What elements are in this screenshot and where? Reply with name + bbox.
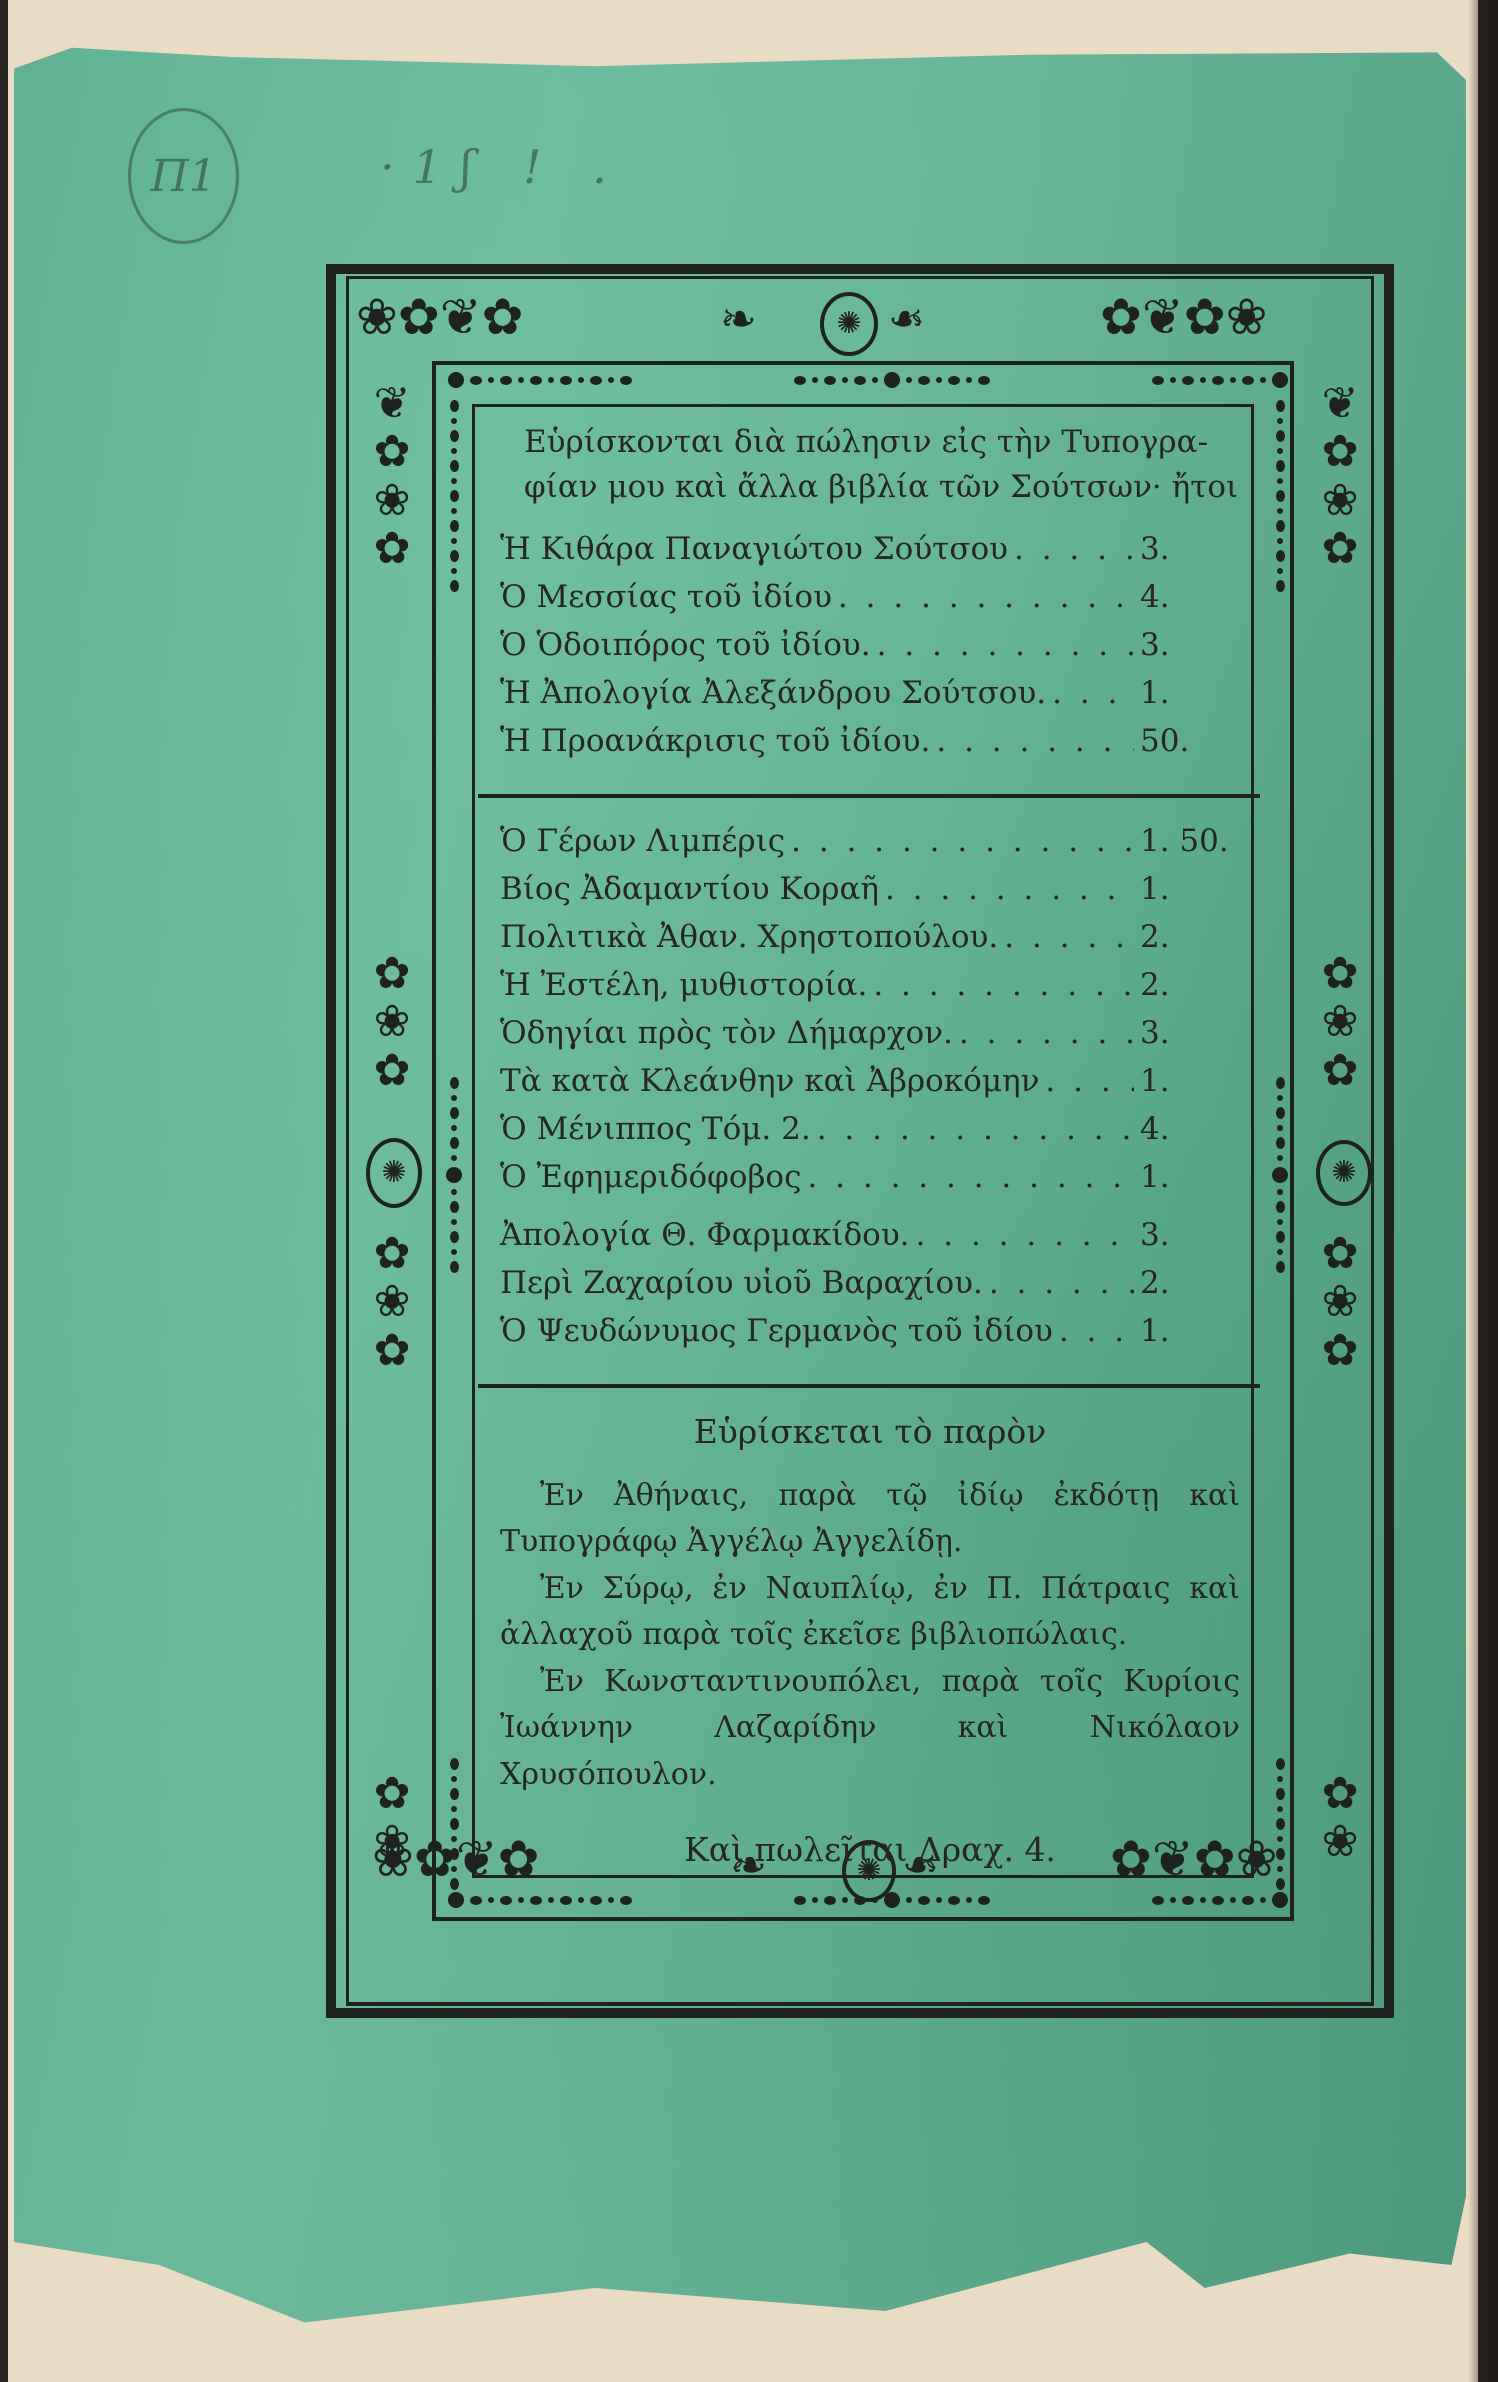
beaded-border-top [448, 372, 1288, 388]
dot-leader [1052, 672, 1134, 714]
floral-garland-icon: ❀✿❦✿ [356, 288, 524, 346]
section-divider [478, 1384, 1260, 1388]
availability-athens: Ἐν Ἀθήναις, παρὰ τῷ ἰδίῳ ἐκδότῃ καὶ Τυπο… [500, 1473, 1240, 1566]
cover-text: Εὑρίσκονται διὰ πώλησιν εἰς τὴν Τυπογρα-… [500, 420, 1240, 1873]
book-list-group-2: Ὁ Γέρων Λιμπέρις1. 50. Βίος Ἀδαμαντίου Κ… [500, 820, 1240, 1358]
availability-constantinople: Ἐν Κωνσταντινουπόλει, παρὰ τοῖς Κυρίοις … [500, 1659, 1240, 1799]
book-entry: Ἡ Ἐστέλη, μυθιστορία.2. [500, 964, 1240, 1012]
availability-heading: Εὑρίσκεται τὸ παρὸν [500, 1410, 1240, 1455]
dot-leader [817, 1108, 1134, 1150]
rosette-icon [366, 1138, 422, 1208]
vertical-floral-icon: ❦✿❀✿ [1310, 380, 1370, 574]
handwritten-circled-mark: Π1 [128, 108, 239, 244]
book-entry: Ἀπολογία Θ. Φαρμακίδου.3. [500, 1214, 1240, 1262]
book-list-group-1: Ἡ Κιθάρα Παναγιώτου Σούτσου3. Ὁ Μεσσίας … [500, 528, 1240, 768]
rosette-icon [820, 292, 878, 356]
dot-leader [936, 720, 1134, 762]
vertical-floral-icon: ✿❀✿ [362, 950, 422, 1095]
vertical-floral-icon: ✿❀✿ [362, 1230, 422, 1375]
book-entry: Ὁ Μεσσίας τοῦ ἰδίου4. [500, 576, 1240, 624]
leaf-ornament-icon: ❧ [720, 294, 757, 345]
spine-edge [1468, 0, 1498, 2382]
section-divider [478, 794, 1260, 798]
beaded-border-bottom [448, 1892, 1288, 1908]
vertical-floral-icon: ✿❀✿ [1310, 1230, 1370, 1375]
book-entry: Περὶ Ζαχαρίου υἱοῦ Βαραχίου.2. [500, 1262, 1240, 1310]
dot-leader [807, 1156, 1134, 1198]
dot-leader [1014, 528, 1134, 570]
vertical-floral-icon: ✿❀ [1310, 1770, 1370, 1867]
vertical-floral-icon: ❦✿❀✿ [362, 380, 422, 574]
dot-leader [916, 1214, 1134, 1256]
dot-leader [791, 820, 1134, 862]
handwritten-marks: ·1ʃ ! . [380, 140, 625, 194]
dot-leader [885, 868, 1134, 910]
leaf-ornament-icon: ❧ [888, 294, 925, 345]
dot-leader [838, 576, 1134, 618]
dot-leader [877, 624, 1134, 666]
intro-paragraph: Εὑρίσκονται διὰ πώλησιν εἰς τὴν Τυπογρα-… [500, 420, 1240, 510]
dot-leader [1045, 1060, 1134, 1102]
book-entry: Ὁ Ψευδώνυμος Γερμανὸς τοῦ ἰδίου1. [500, 1310, 1240, 1358]
book-entry: Πολιτικὰ Ἀθαν. Χρηστοπούλου.2. [500, 916, 1240, 964]
beaded-border-left [446, 400, 462, 1890]
book-entry: Ἡ Ἀπολογία Ἀλεξάνδρου Σούτσου.1. [500, 672, 1240, 720]
book-entry: Ὁ Ἐφημεριδόφοβος1. [500, 1156, 1240, 1204]
book-entry: Τὰ κατὰ Κλεάνθην καὶ Ἀβροκόμην1. [500, 1060, 1240, 1108]
dot-leader [1059, 1310, 1134, 1352]
book-entry: Ὁ Μένιππος Τόμ. 2.4. [500, 1108, 1240, 1156]
dot-leader [989, 1262, 1134, 1304]
floral-garland-icon: ✿❦✿❀ [1100, 288, 1268, 346]
price-line: Καὶ πωλεῖται Δραχ. 4. [500, 1828, 1240, 1873]
book-entry: Ἡ Κιθάρα Παναγιώτου Σούτσου3. [500, 528, 1240, 576]
dot-leader [959, 1012, 1134, 1054]
book-entry: Ὁδηγίαι πρὸς τὸν Δήμαρχον.3. [500, 1012, 1240, 1060]
vertical-floral-icon: ✿❀✿ [1310, 950, 1370, 1095]
rosette-icon [1316, 1140, 1372, 1206]
dot-leader [873, 964, 1134, 1006]
book-entry: Βίος Ἀδαμαντίου Κοραῆ1. [500, 868, 1240, 916]
book-entry: Ὁ Ὁδοιπόρος τοῦ ἰδίου.3. [500, 624, 1240, 672]
beaded-border-right [1272, 400, 1288, 1890]
vertical-floral-icon: ✿❀ [362, 1770, 422, 1867]
dot-leader [1004, 916, 1134, 958]
book-entry: Ὁ Γέρων Λιμπέρις1. 50. [500, 820, 1240, 868]
availability-syros: Ἐν Σύρῳ, ἐν Ναυπλίῳ, ἐν Π. Πάτραις καὶ ἀ… [500, 1566, 1240, 1659]
book-entry: Ἡ Προανάκρισις τοῦ ἰδίου.50. [500, 720, 1240, 768]
